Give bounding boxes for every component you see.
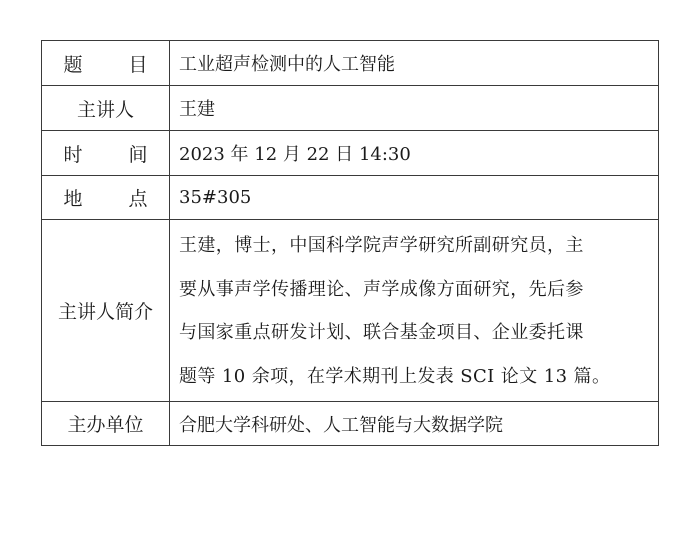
value-location: 35#305 [170, 176, 659, 220]
bio-line: 王建，博士，中国科学院声学研究所副研究员，主 [179, 224, 648, 268]
row-title: 题 目 工业超声检测中的人工智能 [42, 41, 659, 86]
label-title: 题 目 [42, 41, 170, 86]
row-location: 地 点 35#305 [42, 176, 659, 220]
label-speaker-bio: 主讲人简介 [42, 220, 170, 402]
speaker-bio-text: 王建，博士，中国科学院声学研究所副研究员，主 要从事声学传播理论、声学成像方面研… [170, 223, 658, 398]
value-speaker-bio: 王建，博士，中国科学院声学研究所副研究员，主 要从事声学传播理论、声学成像方面研… [170, 220, 659, 402]
value-time: 2023 年 12 月 22 日 14:30 [170, 131, 659, 176]
label-organizer: 主办单位 [42, 402, 170, 446]
value-title: 工业超声检测中的人工智能 [170, 41, 659, 86]
value-organizer: 合肥大学科研处、人工智能与大数据学院 [170, 402, 659, 446]
row-speaker: 主讲人 王建 [42, 86, 659, 131]
bio-line: 题等 10 余项，在学术期刊上发表 SCI 论文 13 篇。 [179, 355, 648, 399]
value-speaker: 王建 [170, 86, 659, 131]
label-speaker: 主讲人 [42, 86, 170, 131]
label-location: 地 点 [42, 176, 170, 220]
row-time: 时 间 2023 年 12 月 22 日 14:30 [42, 131, 659, 176]
bio-line: 要从事声学传播理论、声学成像方面研究，先后参 [179, 268, 648, 312]
row-organizer: 主办单位 合肥大学科研处、人工智能与大数据学院 [42, 402, 659, 446]
label-time: 时 间 [42, 131, 170, 176]
lecture-info-table: 题 目 工业超声检测中的人工智能 主讲人 王建 时 间 2023 年 12 月 … [41, 40, 659, 446]
bio-line: 与国家重点研发计划、联合基金项目、企业委托课 [179, 311, 648, 355]
row-speaker-bio: 主讲人简介 王建，博士，中国科学院声学研究所副研究员，主 要从事声学传播理论、声… [42, 220, 659, 402]
